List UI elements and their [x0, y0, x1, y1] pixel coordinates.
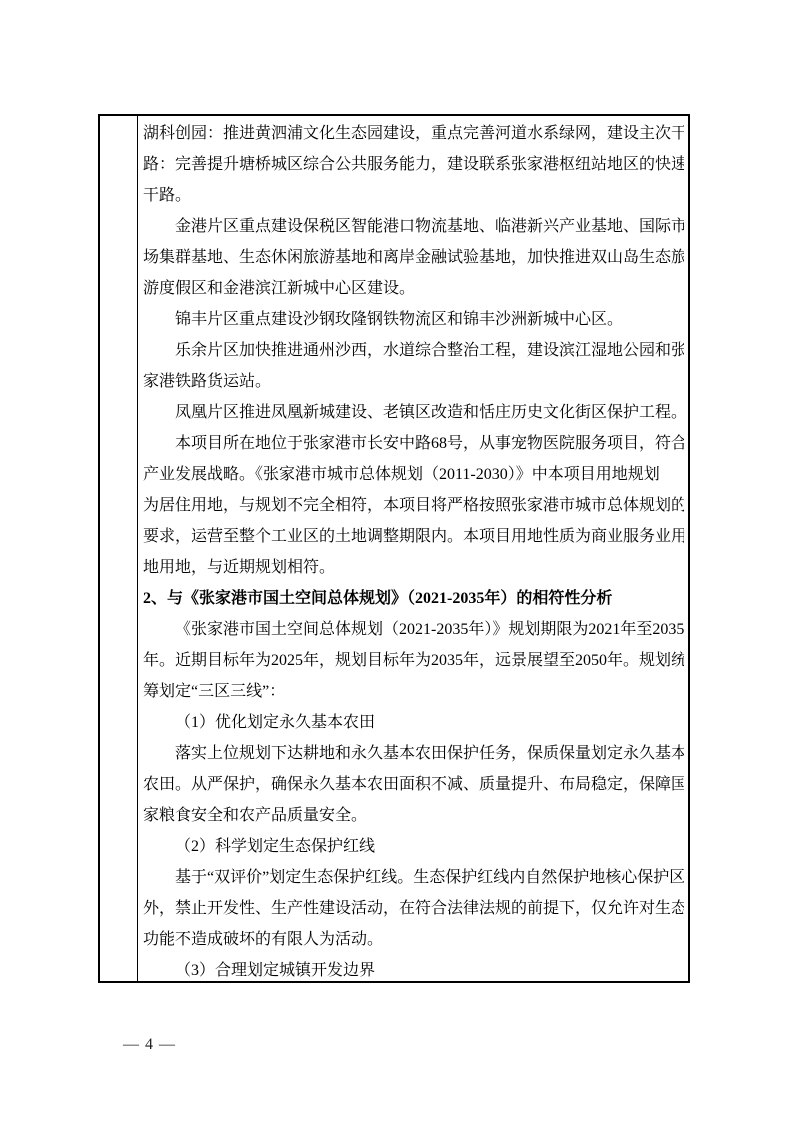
text-line: 游度假区和金港滨江新城中心区建设。 [143, 273, 684, 304]
text-line: 《张家港市国土空间总体规划（2021-2035年）》规划期限为2021年至203… [143, 614, 684, 645]
text-line: 为居住用地，与规划不完全相符，本项目将严格按照张家港市城市总体规划的 [143, 490, 684, 521]
page-number: — 4 — [123, 1036, 176, 1053]
text-line: 干路。 [143, 180, 684, 211]
text-line: 凤凰片区推进凤凰新城建设、老镇区改造和恬庄历史文化街区保护工程。 [143, 397, 684, 428]
text-line: 湖科创园：推进黄泗浦文化生态园建设，重点完善河道水系绿网，建设主次干 [143, 118, 684, 149]
text-line: 本项目所在地位于张家港市长安中路68号，从事宠物医院服务项目，符合 [143, 428, 684, 459]
text-line: 家粮食安全和农产品质量安全。 [143, 800, 684, 831]
text-line: 外，禁止开发性、生产性建设活动，在符合法律法规的前提下，仅允许对生态 [143, 893, 684, 924]
text-line: 锦丰片区重点建设沙钢玫隆钢铁物流区和锦丰沙洲新城中心区。 [143, 304, 684, 335]
page-footer: — 4 — [123, 1036, 176, 1054]
text-line: 功能不造成破坏的有限人为活动。 [143, 924, 684, 955]
text-line: 农田。从严保护，确保永久基本农田面积不减、质量提升、布局稳定，保障国 [143, 769, 684, 800]
text-line: 筹划定“三区三线”： [143, 676, 684, 707]
text-line: 产业发展战略。《张家港市城市总体规划（2011-2030）》中本项目用地规划 [143, 459, 684, 490]
text-line: 落实上位规划下达耕地和永久基本农田保护任务，保质保量划定永久基本 [143, 738, 684, 769]
text-line: （1）优化划定永久基本农田 [143, 707, 684, 738]
text-line: （3）合理划定城镇开发边界 [143, 955, 684, 981]
text-line: 场集群基地、生态休闲旅游基地和离岸金融试验基地，加快推进双山岛生态旅 [143, 242, 684, 273]
text-line: 基于“双评价”划定生态保护红线。生态保护红线内自然保护地核心保护区 [143, 862, 684, 893]
text-line: 要求，运营至整个工业区的土地调整期限内。本项目用地性质为商业服务业用 [143, 521, 684, 552]
text-line: 金港片区重点建设保税区智能港口物流基地、临港新兴产业基地、国际市 [143, 211, 684, 242]
section-heading: 2、与《张家港市国土空间总体规划》（2021-2035年）的相符性分析 [143, 583, 684, 614]
text-line: 年。近期目标年为2025年，规划目标年为2035年，远景展望至2050年。规划统 [143, 645, 684, 676]
text-line: 地用地，与近期规划相符。 [143, 552, 684, 583]
table-text-column: 湖科创园：推进黄泗浦文化生态园建设，重点完善河道水系绿网，建设主次干路：完善提升… [138, 116, 688, 981]
content-table: 湖科创园：推进黄泗浦文化生态园建设，重点完善河道水系绿网，建设主次干路：完善提升… [98, 114, 690, 983]
table-left-stub-column [100, 116, 138, 981]
text-line: 家港铁路货运站。 [143, 366, 684, 397]
text-line: 乐余片区加快推进通州沙西，水道综合整治工程，建设滨江湿地公园和张 [143, 335, 684, 366]
text-line: 路：完善提升塘桥城区综合公共服务能力，建设联系张家港枢纽站地区的快速 [143, 149, 684, 180]
text-line: （2）科学划定生态保护红线 [143, 831, 684, 862]
document-page: 湖科创园：推进黄泗浦文化生态园建设，重点完善河道水系绿网，建设主次干路：完善提升… [0, 0, 793, 1122]
